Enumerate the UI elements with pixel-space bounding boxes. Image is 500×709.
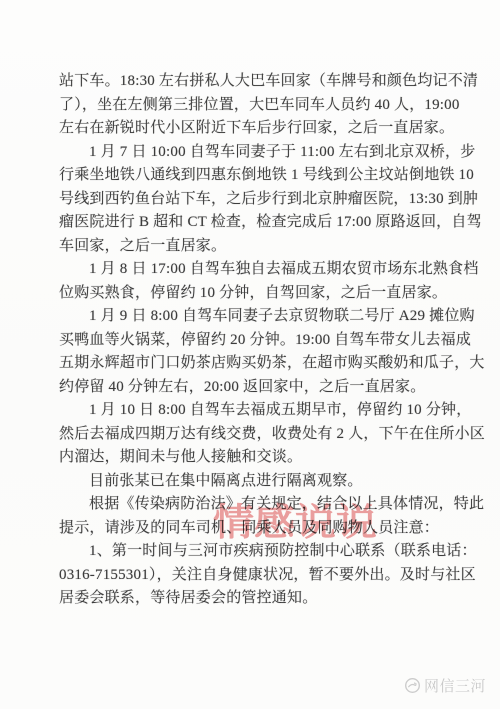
document-line: 1 月 7 日 10:00 自驾车同妻子于 11:00 左右到北京双桥，步 bbox=[59, 141, 455, 165]
document-line: 1 月 9 日 8:00 自驾车同妻子去京贸物联二号厅 A29 摊位购 bbox=[59, 305, 455, 329]
document-line: 左右在新锐时代小区附近下车后步行回家，之后一直居家。 bbox=[59, 117, 455, 141]
document-line: 了），坐在左侧第三排位置，大巴车同车人员约 40 人，19:00 bbox=[59, 94, 455, 118]
document-line: 内溜达，期间未与他人接触和交谈。 bbox=[59, 446, 455, 470]
document-line: 位购买熟食，停留约 10 分钟，自驾回家，之后一直居家。 bbox=[59, 282, 455, 306]
source-watermark-label: 网信三河 bbox=[424, 675, 486, 696]
circular-logo-icon bbox=[404, 677, 421, 694]
document-line: 1 月 10 日 8:00 自驾车去福成五期早市，停留约 10 分钟， bbox=[59, 399, 455, 423]
document-line: 号线到西钓鱼台站下车，之后步行到北京肿瘤医院，13:30 到肿 bbox=[59, 188, 455, 212]
document-line: 五期永辉超市门口奶茶店购买奶茶，在超市购买酸奶和瓜子，大 bbox=[59, 352, 455, 376]
document-line: 约停留 40 分钟左右，20:00 返回家中，之后一直居家。 bbox=[59, 376, 455, 400]
document-line: 0316-7155301），关注自身健康状况，暂不要外出。及时与社区 bbox=[59, 564, 455, 588]
document-line: 行乘坐地铁八通线到四惠东倒地铁 1 号线到公主坟站倒地铁 10 bbox=[59, 164, 455, 188]
document-line: 提示，请涉及的同车司机、同乘人员及同购物人员注意： bbox=[59, 517, 455, 541]
document-line: 站下车。18:30 左右拼私人大巴车回家（车牌号和颜色均记不清 bbox=[59, 70, 455, 94]
document-line: 1、第一时间与三河市疾病预防控制中心联系（联系电话： bbox=[59, 540, 455, 564]
scanned-document-page: 站下车。18:30 左右拼私人大巴车回家（车牌号和颜色均记不清了），坐在左侧第三… bbox=[0, 0, 500, 709]
document-line: 1 月 8 日 17:00 自驾车独自去福成五期农贸市场东北熟食档 bbox=[59, 258, 455, 282]
document-line: 然后去福成四期万达有线交费，收费处有 2 人，下午在住所小区 bbox=[59, 423, 455, 447]
document-line: 根据《传染病防治法》有关规定，结合以上具体情况，特此 bbox=[59, 493, 455, 517]
document-line: 买鸭血等火锅菜，停留约 20 分钟。19:00 自驾车带女儿去福成 bbox=[59, 329, 455, 353]
document-line: 居委会联系，等待居委会的管控通知。 bbox=[59, 587, 455, 611]
source-watermark: 网信三河 bbox=[404, 675, 486, 696]
document-line: 目前张某已在集中隔离点进行隔离观察。 bbox=[59, 470, 455, 494]
document-line: 瘤医院进行 B 超和 CT 检查，检查完成后 17:00 原路返回，自驾 bbox=[59, 211, 455, 235]
document-line: 车回家，之后一直居家。 bbox=[59, 235, 455, 259]
document-body: 站下车。18:30 左右拼私人大巴车回家（车牌号和颜色均记不清了），坐在左侧第三… bbox=[59, 70, 455, 611]
